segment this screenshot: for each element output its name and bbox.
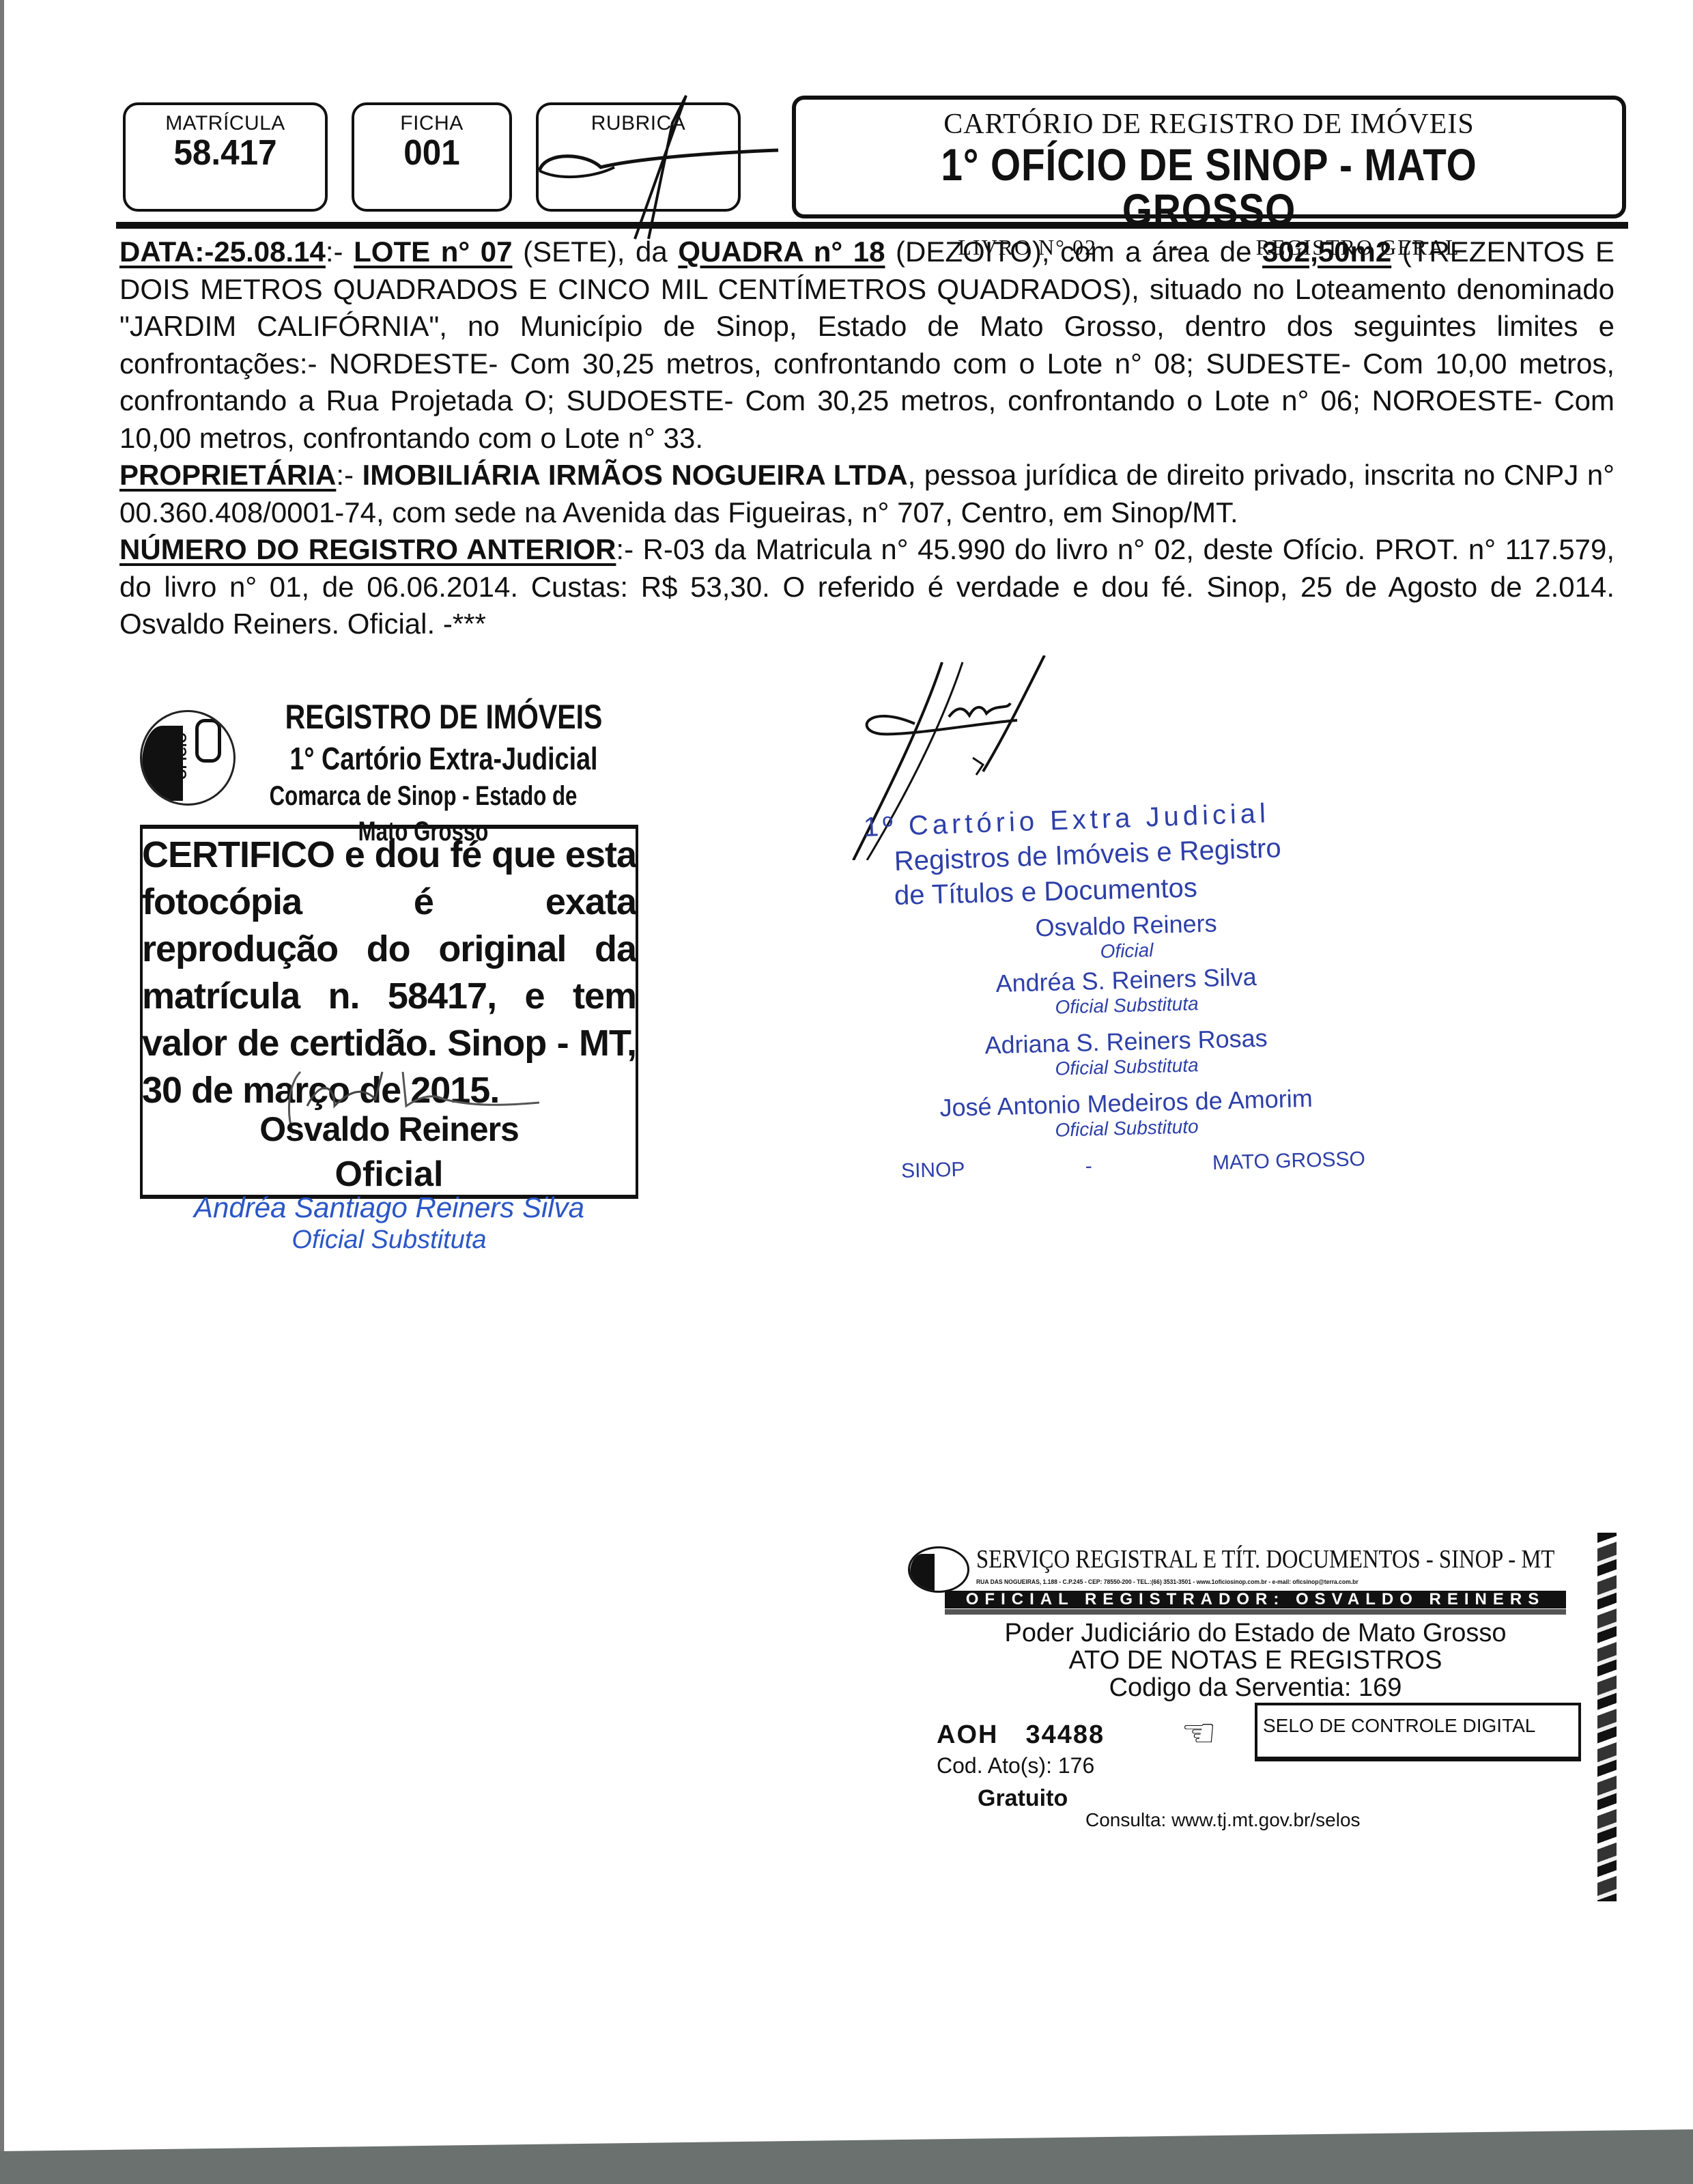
certification-text: CERTIFICO e dou fé que esta fotocópia é … [142,832,636,1114]
lote-text: (SETE), da [523,236,668,268]
blue-stamp-footer: SINOP - MATO GROSSO [901,1148,1366,1183]
ficha-label: FICHA [354,112,509,135]
registration-body: DATA:-25.08.14:- LOTE n° 07 (SETE), da Q… [119,233,1614,643]
seal-edge-pattern [1597,1533,1617,1901]
rubrica-box: RUBRICA [536,102,741,212]
substitute-name: Andréa Santiago Reiners Silva [140,1191,638,1224]
consulta-link: Consulta: www.tj.mt.gov.br/selos [1085,1809,1361,1831]
lot-description: (TREZENTOS E DOIS METROS QUADRADOS E CIN… [119,236,1614,454]
seal-line1: Poder Judiciário do Estado de Mato Gross… [945,1619,1566,1647]
officer-entry: Adriana S. Reiners Rosas Oficial Substit… [894,1021,1359,1084]
gratuito-label: Gratuito [978,1785,1068,1812]
seal-code-number: 34488 [1025,1720,1105,1749]
office-title: 1° OFÍCIO DE SINOP - MATO GROSSO [854,142,1565,232]
data-label: DATA:-25.08.14 [119,236,326,268]
matricula-label: MATRÍCULA [126,112,325,135]
seal-band: OFICIAL REGISTRADOR: OSVALDO REINERS [945,1591,1566,1608]
officer-entry: José Antonio Medeiros de Amorim Oficial … [894,1083,1359,1146]
seal-info: Poder Judiciário do Estado de Mato Gross… [945,1619,1566,1701]
oficio-logo-icon: OFÍCIO [140,710,236,806]
ficha-box: FICHA 001 [352,102,512,212]
certifier-role: Oficial [140,1154,638,1195]
ficha-value: 001 [358,135,506,171]
stamp-city: SINOP [901,1158,965,1182]
logo-text: OFÍCIO [175,733,190,780]
registry-title: CARTÓRIO DE REGISTRO DE IMÓVEIS [796,108,1622,141]
seal-band-divider [945,1609,1566,1615]
stamp-state: MATO GROSSO [1212,1148,1366,1175]
registry-title-box: CARTÓRIO DE REGISTRO DE IMÓVEIS 1° OFÍCI… [792,96,1626,218]
lote-label: LOTE n° 07 [354,236,512,268]
pointing-hand-icon: ☜ [1181,1714,1217,1753]
seal-line3: Codigo da Serventia: 169 [945,1674,1566,1701]
seal-code-prefix: AOH [937,1720,998,1749]
cod-atos: Cod. Ato(s): 176 [937,1753,1094,1778]
matricula-box: MATRÍCULA 58.417 [123,102,328,212]
seal-address: RUA DAS NOGUEIRAS, 1.188 - C.P.245 - CEP… [976,1578,1358,1585]
stamp-line2: 1° Cartório Extra-Judicial [281,739,606,778]
quadra-label: QUADRA n° 18 [678,236,885,268]
stamp-separator: - [1085,1155,1092,1178]
stamp-line1: REGISTRO DE IMÓVEIS [281,695,606,739]
seal-title: SERVIÇO REGISTRAL E TÍT. DOCUMENTOS - SI… [976,1544,1554,1574]
substitute-role: Oficial Substituta [140,1225,638,1255]
selo-label: SELO DE CONTROLE DIGITAL [1257,1705,1578,1737]
header-divider [116,222,1628,229]
rubrica-label: RUBRICA [539,112,738,135]
matricula-value: 58.417 [130,135,319,171]
scan-edge-left [0,0,4,2184]
proprietaria-label: PROPRIETÁRIA [119,459,336,491]
seal-code: AOH34488 [937,1720,1105,1750]
scan-edge-bottom [0,2129,1693,2184]
officer-entry: Andréa S. Reiners Silva Oficial Substitu… [894,960,1359,1023]
blue-stamp-line3: de Títulos e Documentos [894,873,1197,911]
registro-anterior-label: NÚMERO DO REGISTRO ANTERIOR [119,533,616,565]
selo-box: SELO DE CONTROLE DIGITAL [1255,1703,1581,1761]
seal-logo-icon [908,1546,969,1593]
quadra-text: (DEZOITO), com a área de [896,236,1251,268]
proprietaria-name: IMOBILIÁRIA IRMÃOS NOGUEIRA LTDA [362,459,908,491]
seal-line2: ATO DE NOTAS E REGISTROS [945,1647,1566,1674]
officer-entry: Osvaldo Reiners Oficial [894,905,1359,968]
area-value: 302,50m2 [1262,236,1391,268]
certifier-name: Osvaldo Reiners [140,1109,638,1149]
